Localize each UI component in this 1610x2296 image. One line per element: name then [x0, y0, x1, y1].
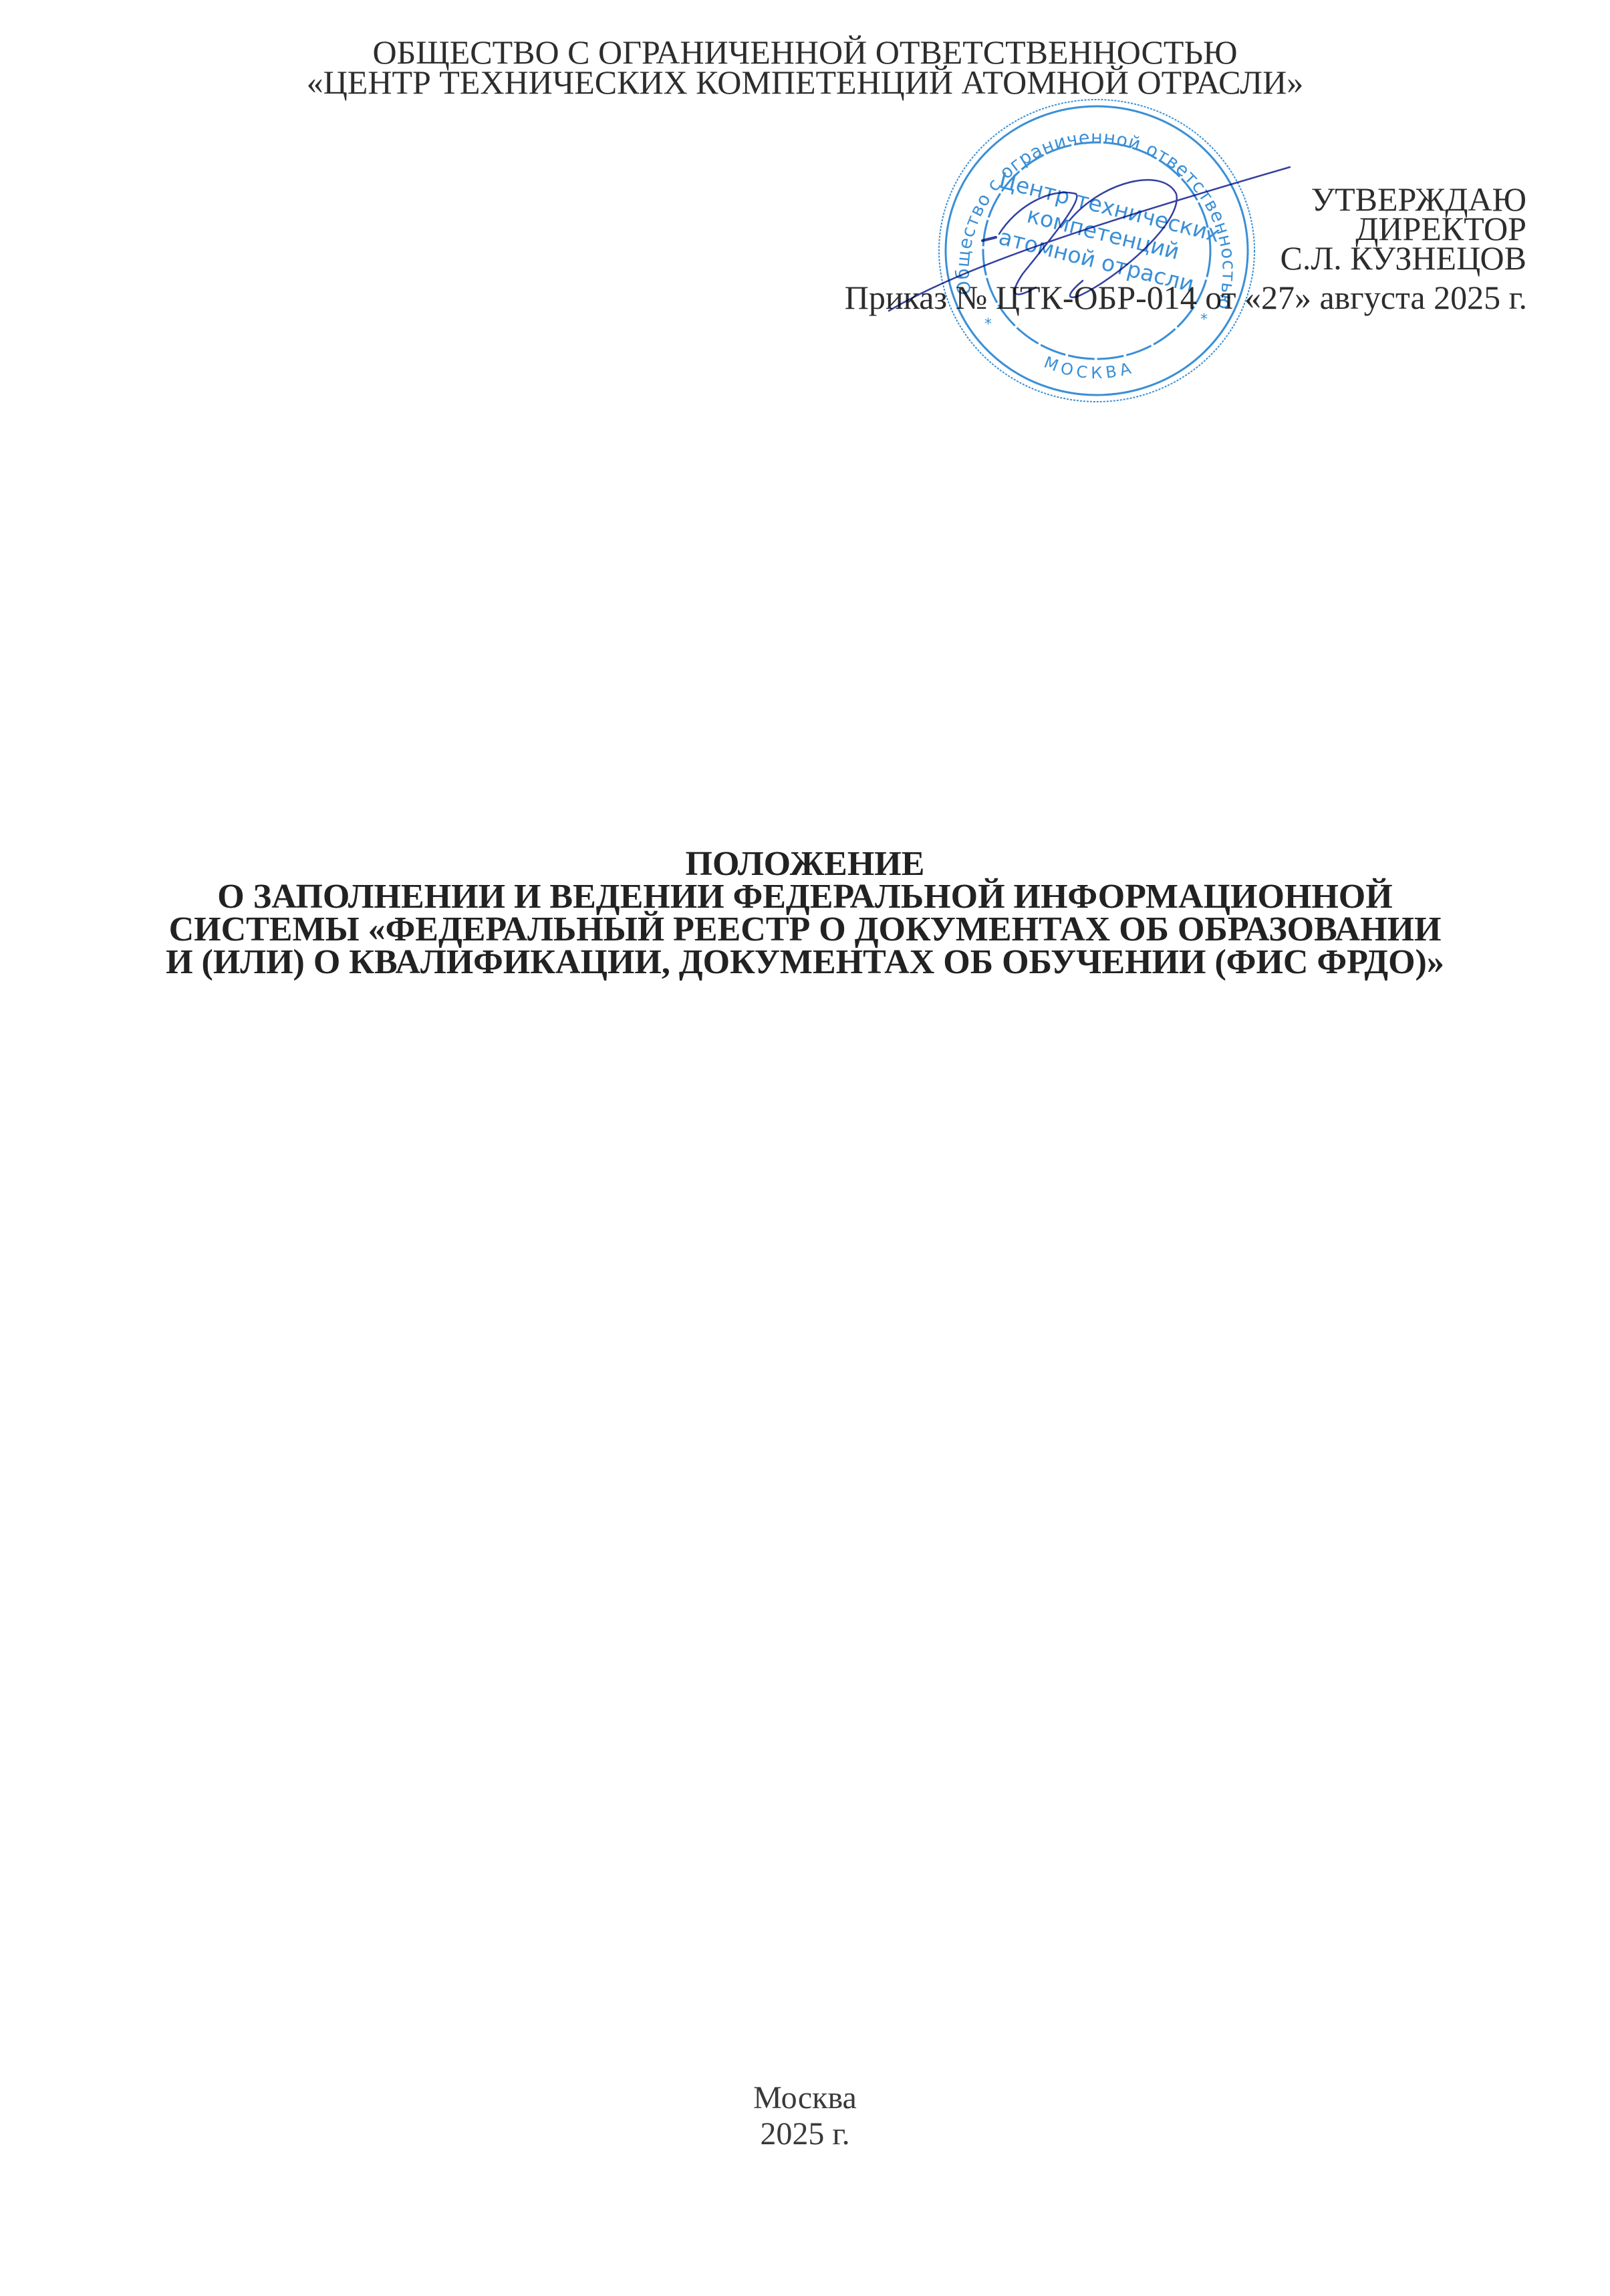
signatory-name: С.Л. КУЗНЕЦОВ	[1281, 243, 1526, 273]
organization-name-line-2: «ЦЕНТР ТЕХНИЧЕСКИХ КОМПЕТЕНЦИЙ АТОМНОЙ О…	[0, 68, 1610, 98]
stamp-center-line-1: Центр технических	[996, 167, 1222, 247]
company-seal-stamp-icon: Общество с ограниченной ответственностью…	[934, 94, 1262, 408]
title-line-1: ПОЛОЖЕНИЕ	[0, 848, 1610, 880]
title-line-2: О ЗАПОЛНЕНИИ И ВЕДЕНИИ ФЕДЕРАЛЬНОЙ ИНФОР…	[0, 880, 1610, 913]
organization-header: ОБЩЕСТВО С ОГРАНИЧЕННОЙ ОТВЕТСТВЕННОСТЬЮ…	[0, 37, 1610, 98]
document-title: ПОЛОЖЕНИЕ О ЗАПОЛНЕНИИ И ВЕДЕНИИ ФЕДЕРАЛ…	[0, 848, 1610, 979]
title-line-3: СИСТЕМЫ «ФЕДЕРАЛЬНЫЙ РЕЕСТР О ДОКУМЕНТАХ…	[0, 913, 1610, 946]
svg-text:МОСКВА: МОСКВА	[1041, 353, 1137, 382]
approval-block: УТВЕРЖДАЮ ДИРЕКТОР С.Л. КУЗНЕЦОВ	[1281, 184, 1526, 273]
stamp-center-line-2: компетенций	[1025, 202, 1182, 265]
footer-year: 2025 г.	[0, 2116, 1610, 2152]
order-reference: Приказ № ЦТК-ОБР-014 от «27» августа 202…	[845, 281, 1527, 314]
title-line-4: И (ИЛИ) О КВАЛИФИКАЦИИ, ДОКУМЕНТАХ ОБ ОБ…	[0, 946, 1610, 979]
stamp-bottom-text: МОСКВА	[1041, 353, 1137, 382]
footer-city: Москва	[0, 2080, 1610, 2116]
svg-text:*: *	[984, 316, 992, 333]
document-footer: Москва 2025 г.	[0, 2080, 1610, 2152]
